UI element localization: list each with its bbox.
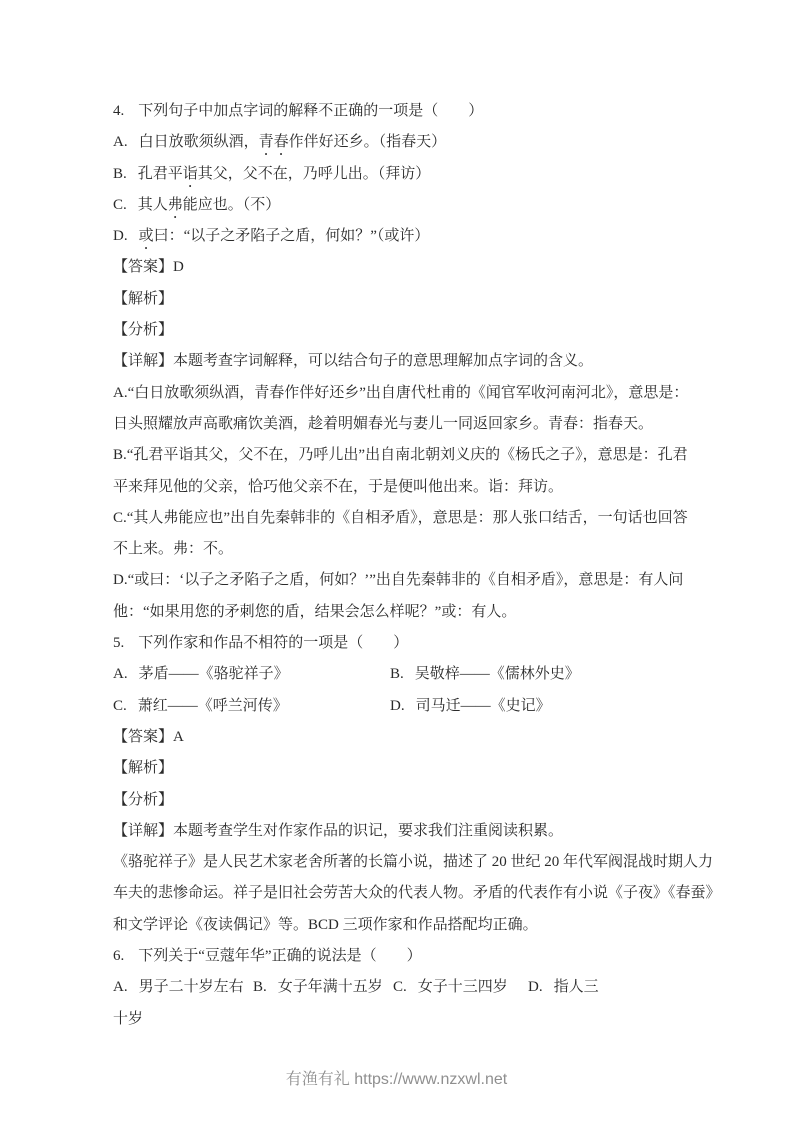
- question-5-options-row-1: A.茅盾——《骆驼祥子》B.吴敬梓——《儒林外史》: [113, 659, 688, 690]
- question-4-detail-line: A.“白日放歌须纵酒，青春作伴好还乡”出自唐代杜甫的《闻官军收河南河北》，意思是…: [113, 378, 688, 409]
- option-text: 女子年满十五岁: [278, 979, 383, 995]
- fenxi-label: 【分析】: [113, 792, 173, 808]
- detail-intro-text: 本题考查字词解释，可以结合句子的意思理解加点字词的含义。: [173, 353, 593, 369]
- question-5-option-d: D.司马迁——《史记》: [390, 691, 551, 722]
- emphasized-word: 青春: [259, 134, 289, 150]
- answer-label: 【答案】: [113, 259, 173, 275]
- answer-value: A: [173, 729, 184, 745]
- watermark-footer: 有渔有礼 https://www.nzxwl.net: [0, 1066, 793, 1089]
- option-text: 萧红——《呼兰河传》: [138, 698, 288, 714]
- answer-value: D: [173, 259, 184, 275]
- question-5-option-a: A.茅盾——《骆驼祥子》: [113, 659, 390, 690]
- emphasized-word: 或: [139, 228, 154, 244]
- option-text: 其人弗能应也。（不）: [138, 197, 281, 213]
- option-label: D.: [113, 228, 128, 244]
- question-5-options-row-2: C.萧红——《呼兰河传》D.司马迁——《史记》: [113, 691, 688, 722]
- option-text: 白日放歌须纵酒，青春作伴好还乡。（指春天）: [139, 134, 447, 150]
- question-5-answer: 【答案】A: [113, 722, 688, 753]
- option-text-pre: 其人: [138, 197, 168, 213]
- question-6-option-a: A.男子二十岁左右: [113, 972, 253, 1003]
- option-label: B.: [390, 666, 404, 682]
- option-label: D.: [390, 698, 405, 714]
- question-6-options-row: A.男子二十岁左右B.女子年满十五岁C.女子十三四岁D.指人三: [113, 972, 688, 1003]
- option-label: A.: [113, 666, 128, 682]
- question-5-jiexi-heading: 【解析】: [113, 753, 688, 784]
- question-4-option-a: A.白日放歌须纵酒，青春作伴好还乡。（指春天）: [113, 127, 688, 158]
- question-6-option-c: C.女子十三四岁: [393, 972, 528, 1003]
- option-text: 茅盾——《骆驼祥子》: [139, 666, 289, 682]
- question-4-detail-line: 平来拜见他的父亲，恰巧他父亲不在，于是便叫他出来。诣：拜访。: [113, 472, 688, 503]
- question-4-option-b: B.孔君平诣其父，父不在，乃呼儿出。（拜访）: [113, 159, 688, 190]
- detail-label: 【详解】: [113, 353, 173, 369]
- detail-label: 【详解】: [113, 823, 173, 839]
- option-label: C.: [393, 979, 407, 995]
- question-5-fenxi-heading: 【分析】: [113, 785, 688, 816]
- question-5-option-b: B.吴敬梓——《儒林外史》: [390, 659, 580, 690]
- exam-page: 4.下列句子中加点字词的解释不正确的一项是（ ） A.白日放歌须纵酒，青春作伴好…: [0, 0, 793, 1122]
- question-4-detail-line: 他：“如果用您的矛刺您的盾，结果会怎么样呢？”或：有人。: [113, 597, 688, 628]
- question-4-jiexi-heading: 【解析】: [113, 284, 688, 315]
- question-5-detail-line: 和文学评论《夜读偶记》等。BCD 三项作家和作品搭配均正确。: [113, 910, 688, 941]
- option-label: C.: [113, 698, 127, 714]
- question-5-detail-line: 车夫的悲惨命运。祥子是旧社会劳苦大众的代表人物。矛盾的代表作有小说《子夜》《春蚕…: [113, 878, 688, 909]
- fenxi-label: 【分析】: [113, 322, 173, 338]
- option-text-post: 其父，父不在，乃呼儿出。（拜访）: [198, 166, 431, 182]
- exam-content: 4.下列句子中加点字词的解释不正确的一项是（ ） A.白日放歌须纵酒，青春作伴好…: [113, 96, 688, 1035]
- question-4-text: 下列句子中加点字词的解释不正确的一项是（ ）: [138, 103, 483, 119]
- question-4-stem: 4.下列句子中加点字词的解释不正确的一项是（ ）: [113, 96, 688, 127]
- jiexi-label: 【解析】: [113, 291, 173, 307]
- option-text: 司马迁——《史记》: [416, 698, 551, 714]
- option-text-pre: 孔君平: [138, 166, 183, 182]
- question-6-stem: 6.下列关于“豆蔻年华”正确的说法是（ ）: [113, 941, 688, 972]
- question-4-fenxi-heading: 【分析】: [113, 315, 688, 346]
- question-6-text: 下列关于“豆蔻年华”正确的说法是（ ）: [138, 948, 421, 964]
- question-5-stem: 5.下列作家和作品不相符的一项是（ ）: [113, 628, 688, 659]
- option-label: C.: [113, 197, 127, 213]
- option-text: 或曰：“以子之矛陷子之盾，何如？”（或许）: [139, 228, 430, 244]
- question-6-option-d: D.指人三: [528, 972, 599, 1003]
- detail-intro-text: 本题考查学生对作家作品的识记，要求我们注重阅读积累。: [173, 823, 563, 839]
- option-label: B.: [253, 979, 267, 995]
- question-5-number: 5.: [113, 635, 124, 651]
- question-5-text: 下列作家和作品不相符的一项是（ ）: [138, 635, 408, 651]
- question-5-detail-intro: 【详解】本题考查学生对作家作品的识记，要求我们注重阅读积累。: [113, 816, 688, 847]
- question-6-option-b: B.女子年满十五岁: [253, 972, 393, 1003]
- question-4-detail-line: 不上来。弗：不。: [113, 534, 688, 565]
- option-text-post: 作伴好还乡。（指春天）: [289, 134, 447, 150]
- question-4-detail-intro: 【详解】本题考查字词解释，可以结合句子的意思理解加点字词的含义。: [113, 346, 688, 377]
- question-4-detail-line: D.“或曰：‘以子之矛陷子之盾，何如？’”出自先秦韩非的《自相矛盾》，意思是：有…: [113, 565, 688, 596]
- answer-label: 【答案】: [113, 729, 173, 745]
- question-5-option-c: C.萧红——《呼兰河传》: [113, 691, 390, 722]
- emphasized-word: 弗: [168, 197, 183, 213]
- question-4-answer: 【答案】D: [113, 252, 688, 283]
- jiexi-label: 【解析】: [113, 760, 173, 776]
- option-text-post: 能应也。（不）: [183, 197, 281, 213]
- question-6-option-d-wrap: 十岁: [113, 1004, 688, 1035]
- option-label: A.: [113, 979, 128, 995]
- option-text: 男子二十岁左右: [139, 979, 244, 995]
- question-6-number: 6.: [113, 948, 124, 964]
- option-label: B.: [113, 166, 127, 182]
- question-4-detail-line: B.“孔君平诣其父，父不在，乃呼儿出”出自南北朝刘义庆的《杨氏之子》，意思是：孔…: [113, 440, 688, 471]
- option-text-pre: 白日放歌须纵酒，: [139, 134, 259, 150]
- option-label: A.: [113, 134, 128, 150]
- option-text-post: 曰：“以子之矛陷子之盾，何如？”（或许）: [154, 228, 430, 244]
- question-5-detail-line: 《骆驼祥子》是人民艺术家老舍所著的长篇小说，描述了 20 世纪 20 年代军阀混…: [113, 847, 688, 878]
- question-4-option-d: D.或曰：“以子之矛陷子之盾，何如？”（或许）: [113, 221, 688, 252]
- option-text: 指人三: [554, 979, 599, 995]
- option-label: D.: [528, 979, 543, 995]
- option-text: 孔君平诣其父，父不在，乃呼儿出。（拜访）: [138, 166, 431, 182]
- question-4-number: 4.: [113, 103, 124, 119]
- question-4-option-c: C.其人弗能应也。（不）: [113, 190, 688, 221]
- question-4-detail-line: C.“其人弗能应也”出自先秦韩非的《自相矛盾》，意思是：那人张口结舌，一句话也回…: [113, 503, 688, 534]
- question-4-detail-line: 日头照耀放声高歌痛饮美酒，趁着明媚春光与妻儿一同返回家乡。青春：指春天。: [113, 409, 688, 440]
- option-text: 女子十三四岁: [418, 979, 508, 995]
- option-text: 吴敬梓——《儒林外史》: [415, 666, 580, 682]
- emphasized-word: 诣: [183, 166, 198, 182]
